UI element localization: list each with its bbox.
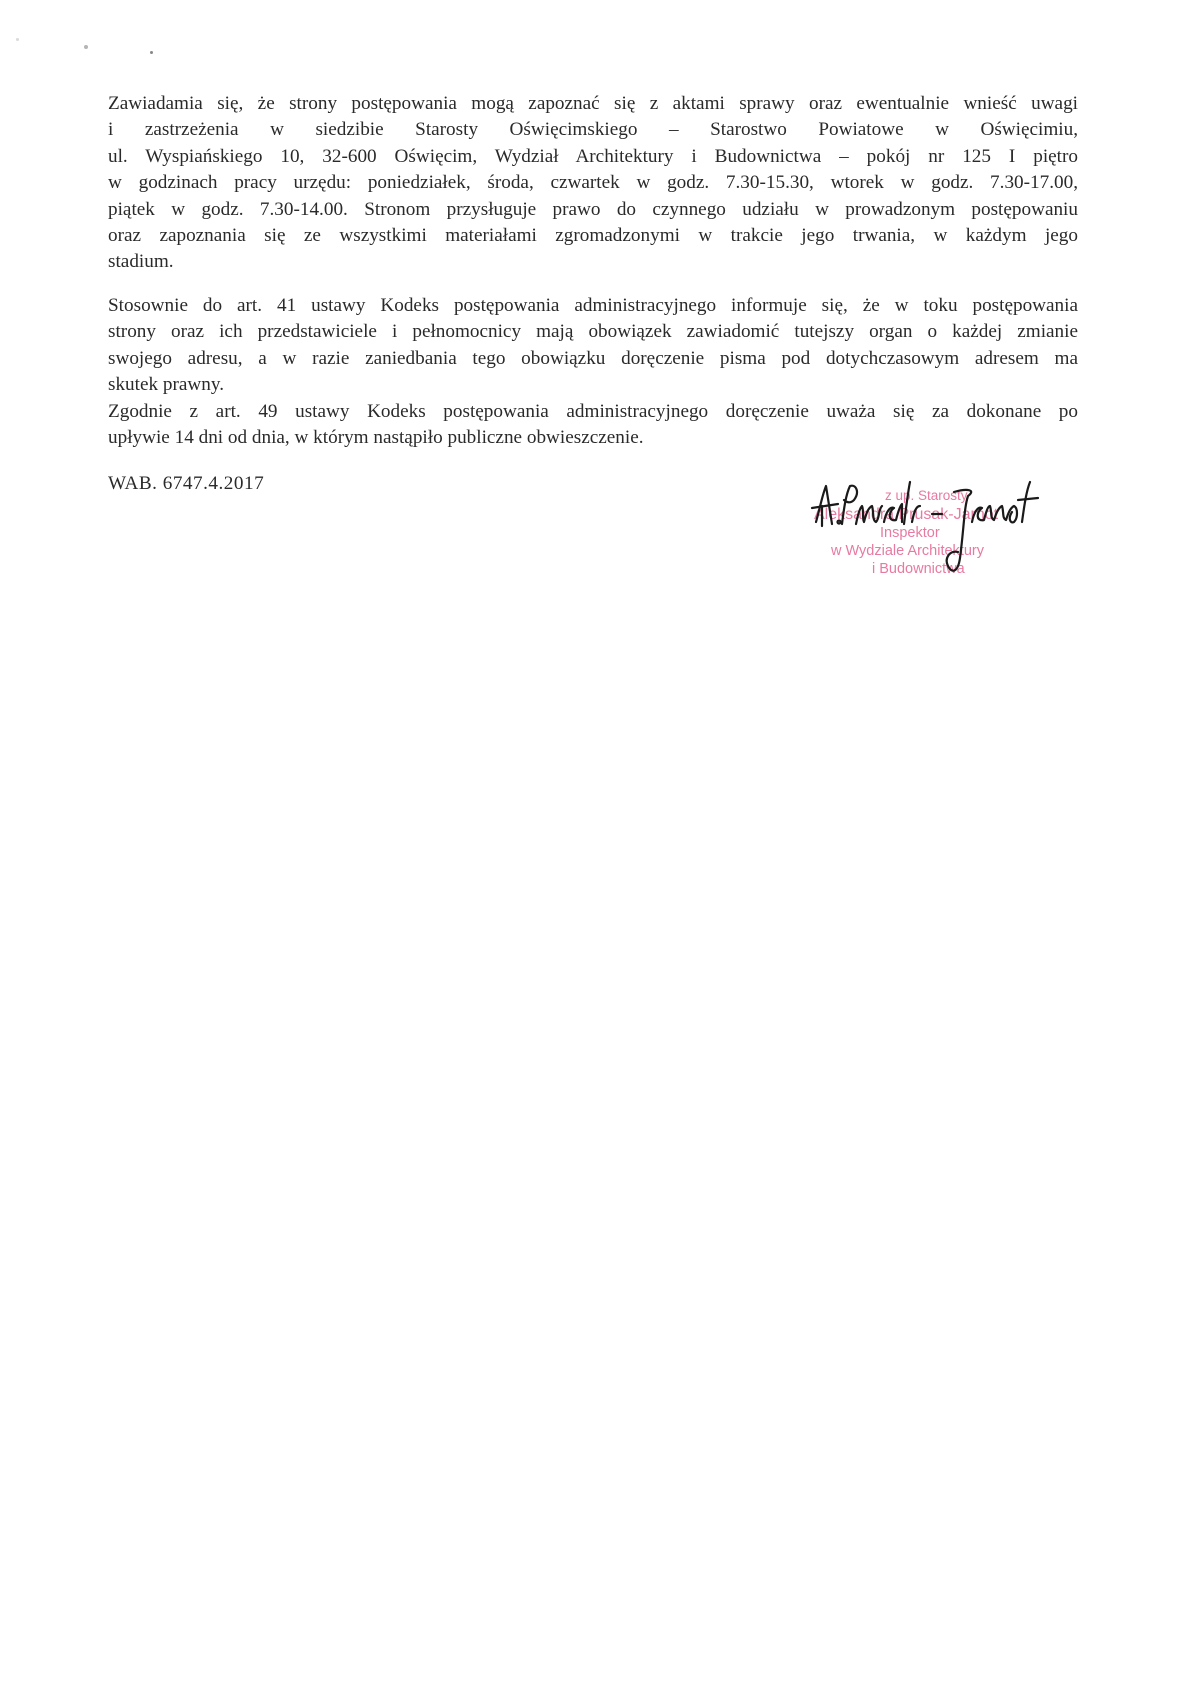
paragraph-art49: Zgodnie z art. 49 ustawy Kodeks postępow… <box>108 399 1078 452</box>
scan-speck <box>150 51 153 54</box>
reference-number: WAB. 6747.4.2017 <box>108 473 264 495</box>
text-line: w godzinach pracy urzędu: poniedziałek, … <box>108 170 1078 196</box>
text-line: skutek prawny. <box>108 372 1078 398</box>
paragraph-notification: Zawiadamia się, że strony postępowania m… <box>108 91 1078 276</box>
text-line: upływie 14 dni od dnia, w którym nastąpi… <box>108 425 1078 451</box>
text-line: oraz zapoznania się ze wszystkimi materi… <box>108 223 1078 249</box>
document-page: Zawiadamia się, że strony postępowania m… <box>0 0 1190 1682</box>
text-line: ul. Wyspiańskiego 10, 32-600 Oświęcim, W… <box>108 144 1078 170</box>
scan-speck <box>16 38 19 41</box>
text-line: Zawiadamia się, że strony postępowania m… <box>108 91 1078 117</box>
text-line: stadium. <box>108 249 1078 275</box>
text-line: Stosownie do art. 41 ustawy Kodeks postę… <box>108 293 1078 319</box>
paragraph-art41: Stosownie do art. 41 ustawy Kodeks postę… <box>108 293 1078 399</box>
scan-speck <box>84 45 88 49</box>
text-line: piątek w godz. 7.30-14.00. Stronom przys… <box>108 197 1078 223</box>
text-line: swojego adresu, a w razie zaniedbania te… <box>108 346 1078 372</box>
text-line: Zgodnie z art. 49 ustawy Kodeks postępow… <box>108 399 1078 425</box>
text-line: i zastrzeżenia w siedzibie Starosty Oświ… <box>108 117 1078 143</box>
handwritten-signature <box>808 478 1048 588</box>
text-line: strony oraz ich przedstawiciele i pełnom… <box>108 319 1078 345</box>
